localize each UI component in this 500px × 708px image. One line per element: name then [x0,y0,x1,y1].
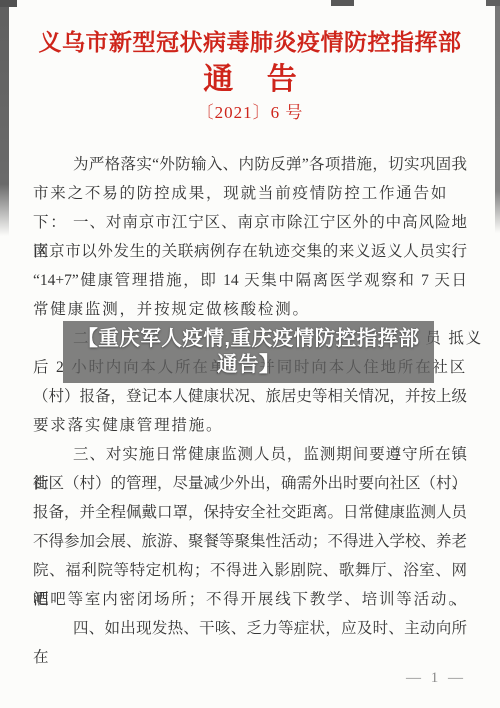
body-line: 报备，并全程佩戴口罩，保持安全社交距离。日常健康监测人员 [33,498,467,527]
body-line: 一、对南京市江宁区、南京市除江宁区外的中高风险地区、 [33,208,467,237]
scan-artifact-top-right [486,0,500,6]
scan-artifact-top-left [0,0,17,7]
issuing-authority-title: 义乌市新型冠状病毒肺炎疫情防控指挥部 [0,24,500,57]
document-number: 〔2021〕6 号 [0,98,500,123]
body-line: 为严格落实“外防输入、内防反弹”各项措施，切实巩固我 [33,150,467,179]
body-line: 院、福利院等特定机构；不得进入影剧院、歌舞厅、浴室、网吧、 [33,556,467,585]
document-body: 为严格落实“外防输入、内防反弹”各项措施，切实巩固我市来之不易的防控成果，现就当… [33,150,467,643]
notice-title: 通 告 [0,54,500,98]
body-line: 市来之不易的防控成果，现就当前疫情防控工作通告如下： [33,179,467,208]
body-line: 不得参加会展、旅游、聚餐等聚集性活动；不得进入学校、养老 [33,527,467,556]
caption-line-1: 【重庆军人疫情,重庆疫情防控指挥部 [77,326,419,352]
body-line: 酒吧等室内密闭场所；不得开展线下教学、培训等活动。 [33,585,467,614]
body-line: （村）报备，登记本人健康状况、旅居史等相关情况，并按上级 [33,382,467,411]
page-number: — 1 — [406,670,466,687]
body-line: “14+7”健康管理措施，即 14 天集中隔离医学观察和 7 天日 [33,266,467,295]
caption-overlay: 【重庆军人疫情,重庆疫情防控指挥部 通告】 [63,321,434,383]
caption-line-2: 通告】 [217,352,280,378]
body-line: 要求落实健康管理措施。 [33,411,467,440]
scan-artifact-top-center [331,0,354,6]
body-line: 南京市以外发生的关联病例存在轨迹交集的来义返义人员实行 [33,237,467,266]
body-line-fragment: 员 抵义 [425,324,483,353]
body-line: 三、对实施日常健康监测人员，监测期间要遵守所在镇街、 [33,440,467,469]
scanned-notice-page: 义乌市新型冠状病毒肺炎疫情防控指挥部 通 告 〔2021〕6 号 为严格落实“外… [0,0,500,708]
body-line: 社区（村）的管理，尽量减少外出，确需外出时要向社区（村） [33,469,467,498]
body-line: 常健康监测，并按规定做核酸检测。 [33,295,467,324]
body-line: 四、如出现发热、干咳、乏力等症状，应及时、主动向所在 [33,614,467,643]
